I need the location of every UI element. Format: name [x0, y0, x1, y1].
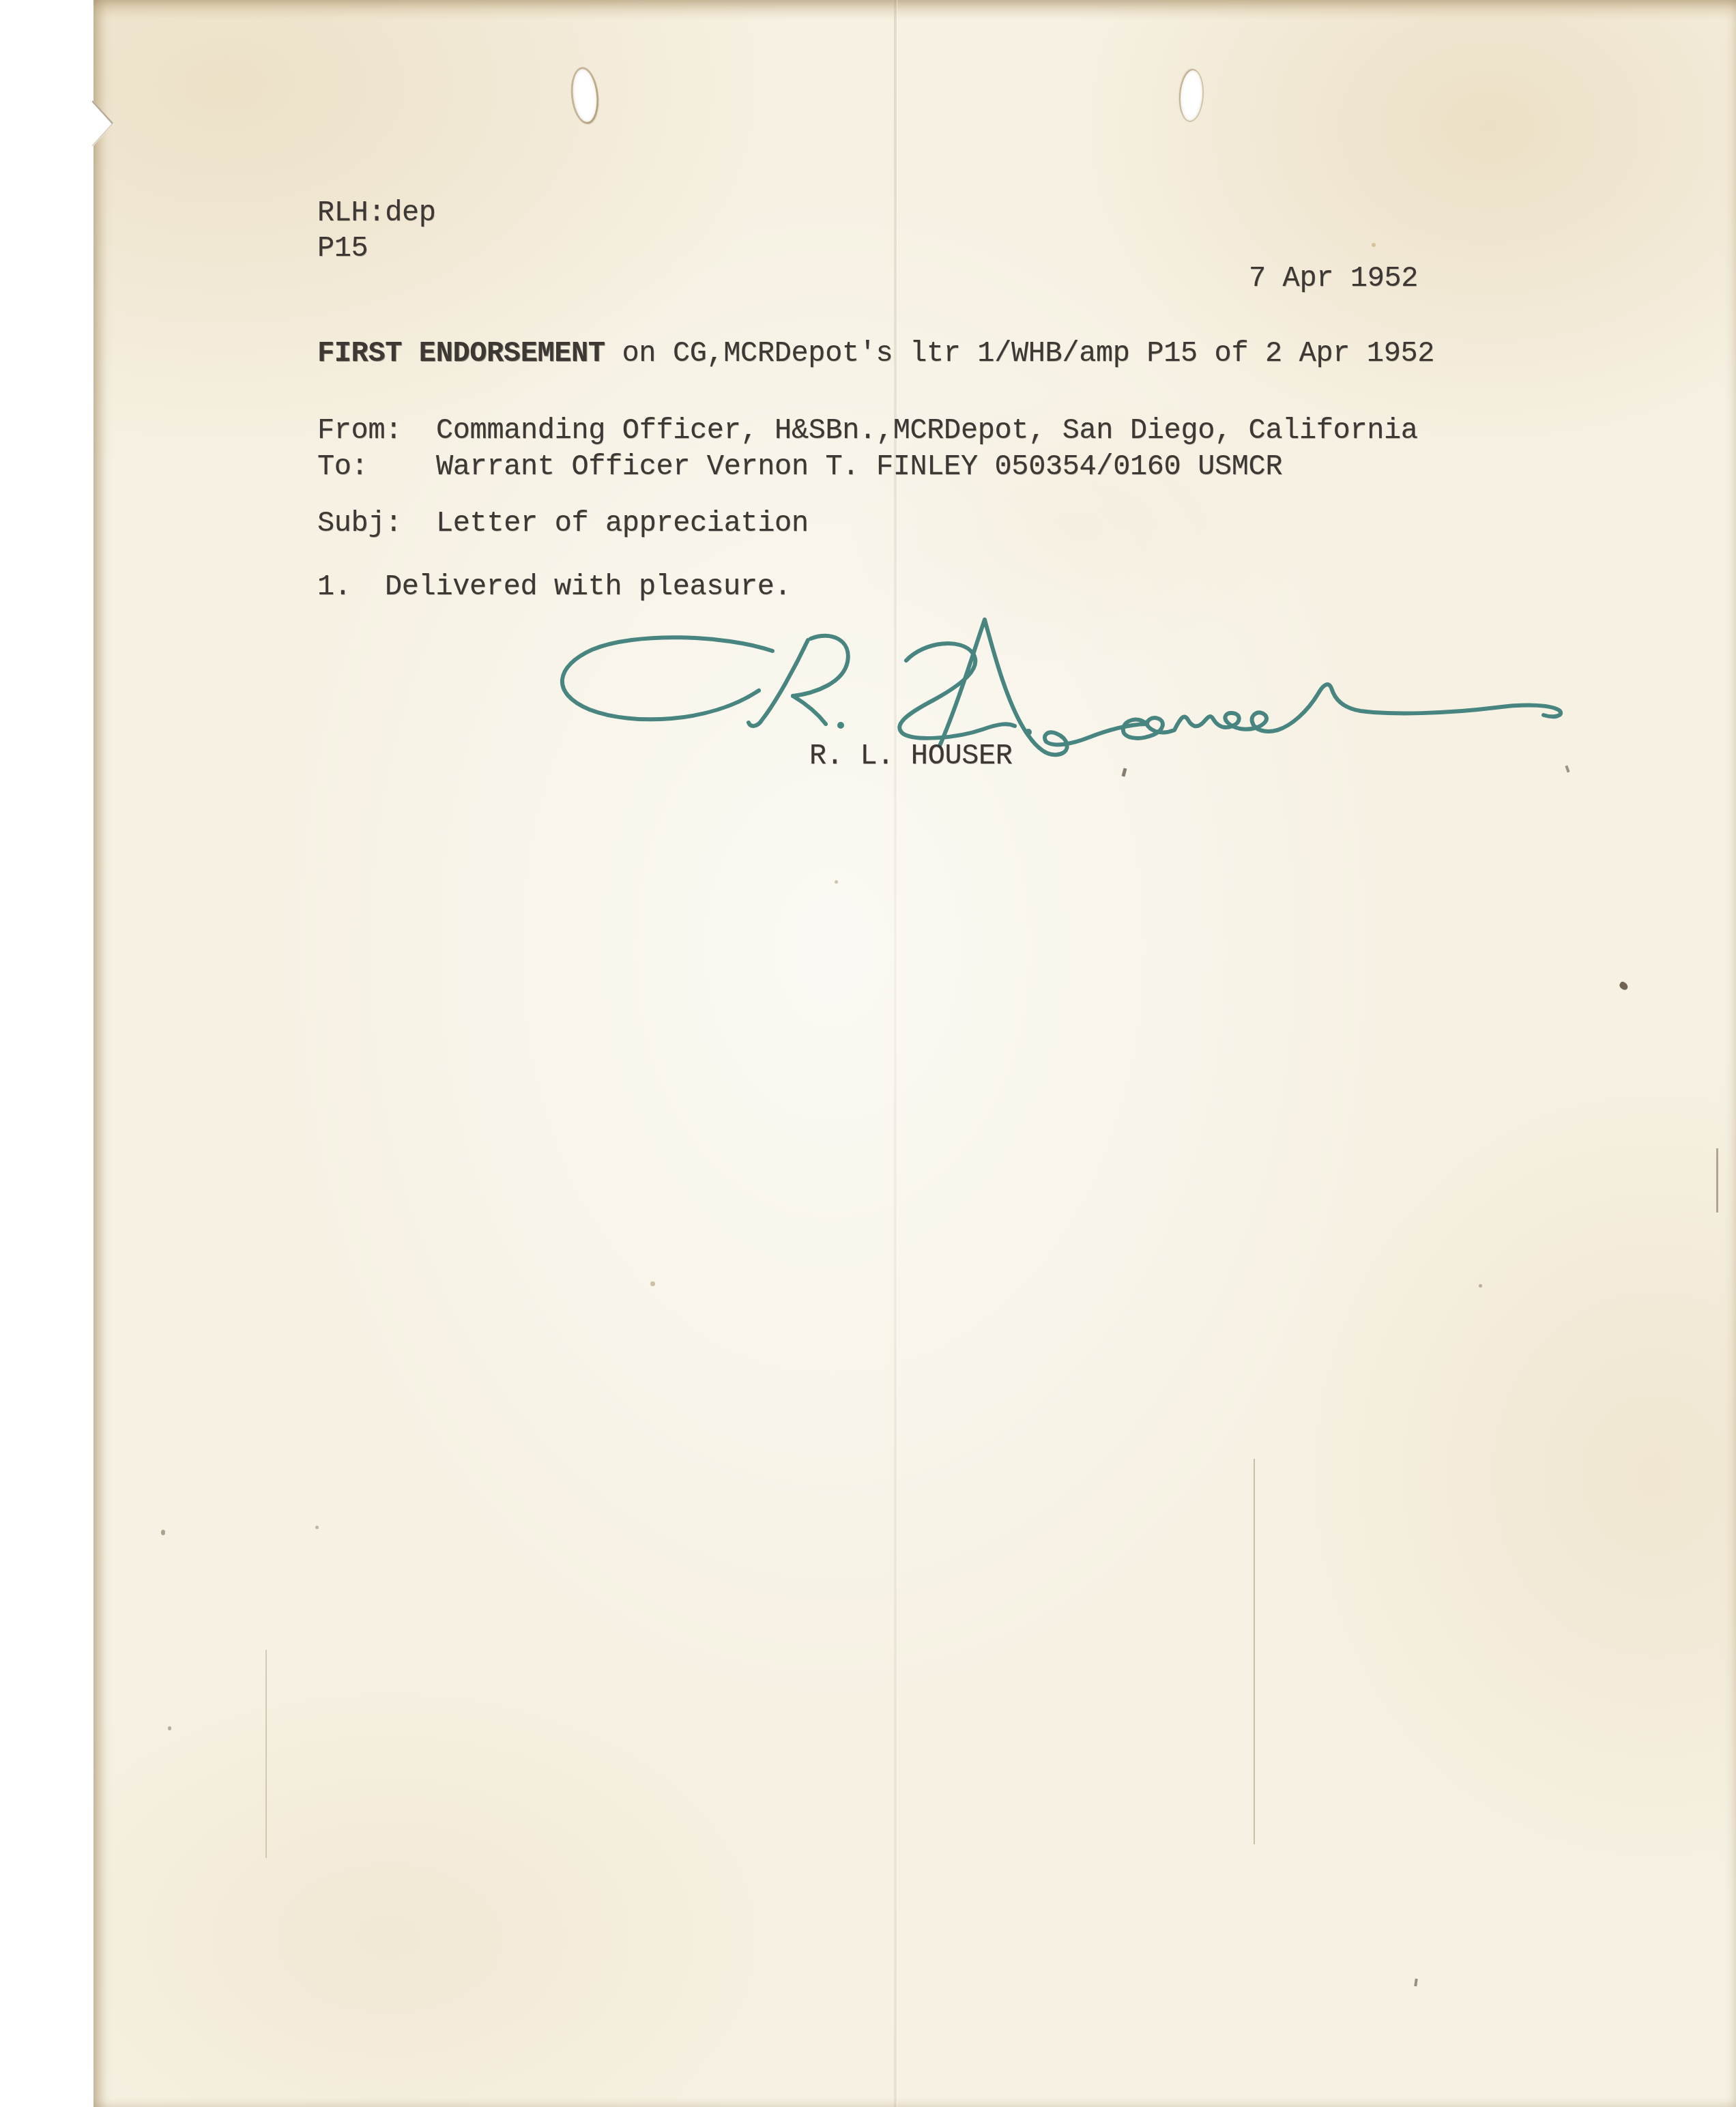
- to-line: To:Warrant Officer Vernon T. FINLEY 0503…: [317, 449, 1282, 484]
- from-label: From:: [317, 413, 436, 448]
- fold-crease-vertical: [894, 0, 897, 2107]
- paper-speck: [835, 880, 838, 884]
- scratch-line-right: [1254, 1459, 1255, 1844]
- to-value: Warrant Officer Vernon T. FINLEY 050354/…: [436, 450, 1282, 483]
- paper-edge-notch: [92, 100, 117, 149]
- paper-speck: [1618, 980, 1629, 991]
- from-line: From:Commanding Officer, H&SBn.,MCRDepot…: [317, 413, 1418, 448]
- file-code: P15: [317, 231, 368, 266]
- paper-speck: [168, 1726, 171, 1730]
- punch-hole-right: [1178, 70, 1204, 121]
- paper-sheet: RLH:dep P15 7 Apr 1952 FIRST ENDORSEMENT…: [93, 0, 1736, 2107]
- punch-hole-left: [570, 68, 599, 123]
- typed-signature-name: R. L. HOUSER: [809, 738, 1013, 774]
- paper-speck: [1479, 1284, 1482, 1288]
- signature: [532, 600, 1590, 778]
- paper-speck: [650, 1281, 655, 1286]
- body-paragraph: 1.Delivered with pleasure.: [317, 569, 791, 605]
- paragraph-text: Delivered with pleasure.: [385, 570, 791, 603]
- endorsement-title: FIRST ENDORSEMENT: [317, 337, 605, 370]
- paragraph-number: 1.: [317, 569, 385, 605]
- endorsement-line: FIRST ENDORSEMENT on CG,MCRDepot's ltr 1…: [317, 336, 1434, 371]
- paper-speck: [1716, 1148, 1718, 1212]
- scratch-line-left: [265, 1650, 267, 1858]
- subject-value: Letter of appreciation: [436, 507, 809, 540]
- typist-initials: RLH:dep: [317, 195, 436, 231]
- subject-line: Subj:Letter of appreciation: [317, 506, 809, 541]
- paper-speck: [1414, 1979, 1417, 1986]
- paper-speck: [161, 1530, 165, 1535]
- date-line: 7 Apr 1952: [1249, 261, 1418, 296]
- paper-speck: [1372, 243, 1376, 247]
- subject-label: Subj:: [317, 506, 436, 541]
- scanned-letter-page: RLH:dep P15 7 Apr 1952 FIRST ENDORSEMENT…: [0, 0, 1736, 2107]
- endorsement-reference: on CG,MCRDepot's ltr 1/WHB/amp P15 of 2 …: [605, 337, 1434, 370]
- from-value: Commanding Officer, H&SBn.,MCRDepot, San…: [436, 414, 1418, 447]
- paper-speck: [315, 1526, 319, 1529]
- to-label: To:: [317, 449, 436, 484]
